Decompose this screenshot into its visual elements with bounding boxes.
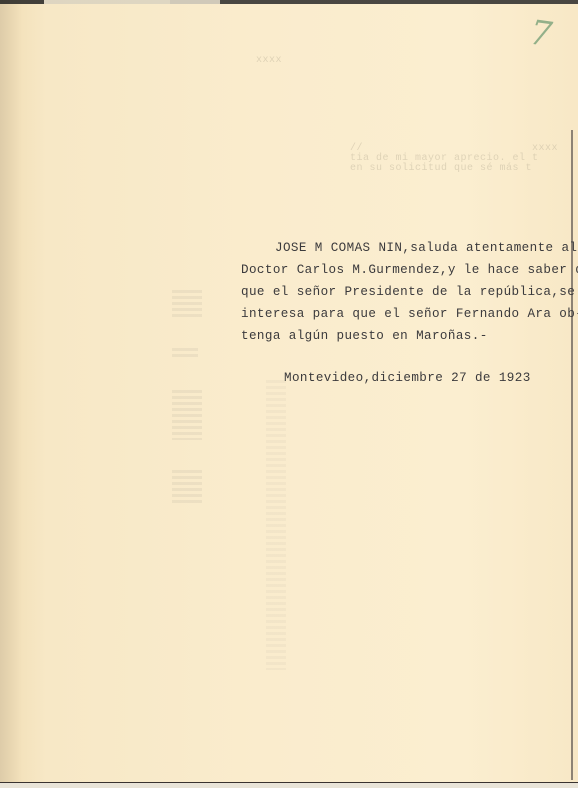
letter-line: que el señor Presidente de la república,… <box>241 281 571 303</box>
bleed-through-mark <box>172 348 198 358</box>
bleed-through-mark <box>172 470 202 506</box>
bleed-through-mark <box>172 390 202 440</box>
page-fold-line <box>571 130 573 780</box>
bleed-through-mark <box>172 290 202 320</box>
bleed-through-word: xxxx <box>256 55 282 66</box>
page-edge-shadow <box>0 0 22 788</box>
handwritten-page-number: 7 <box>527 13 554 56</box>
letter-line: Doctor Carlos M.Gurmendez,y le hace sabe… <box>241 259 571 281</box>
letter-body: JOSE M COMAS NIN,saluda atentamente al D… <box>241 237 571 347</box>
letter-date-closing: Montevideo,diciembre 27 de 1923 <box>284 371 531 385</box>
bleed-through-line: en su solicitud que sé más t <box>350 163 532 174</box>
letter-line: tenga algún puesto en Maroñas.- <box>241 325 571 347</box>
document-page: 7 xxxx // xxxx tia de mi mayor aprecio. … <box>0 0 578 788</box>
scan-top-edge <box>0 0 578 4</box>
scan-bottom-edge <box>0 782 578 788</box>
letter-line: JOSE M COMAS NIN,saluda atentamente al <box>241 237 571 259</box>
bleed-through-mark <box>266 380 286 670</box>
letter-line: interesa para que el señor Fernando Ara … <box>241 303 571 325</box>
